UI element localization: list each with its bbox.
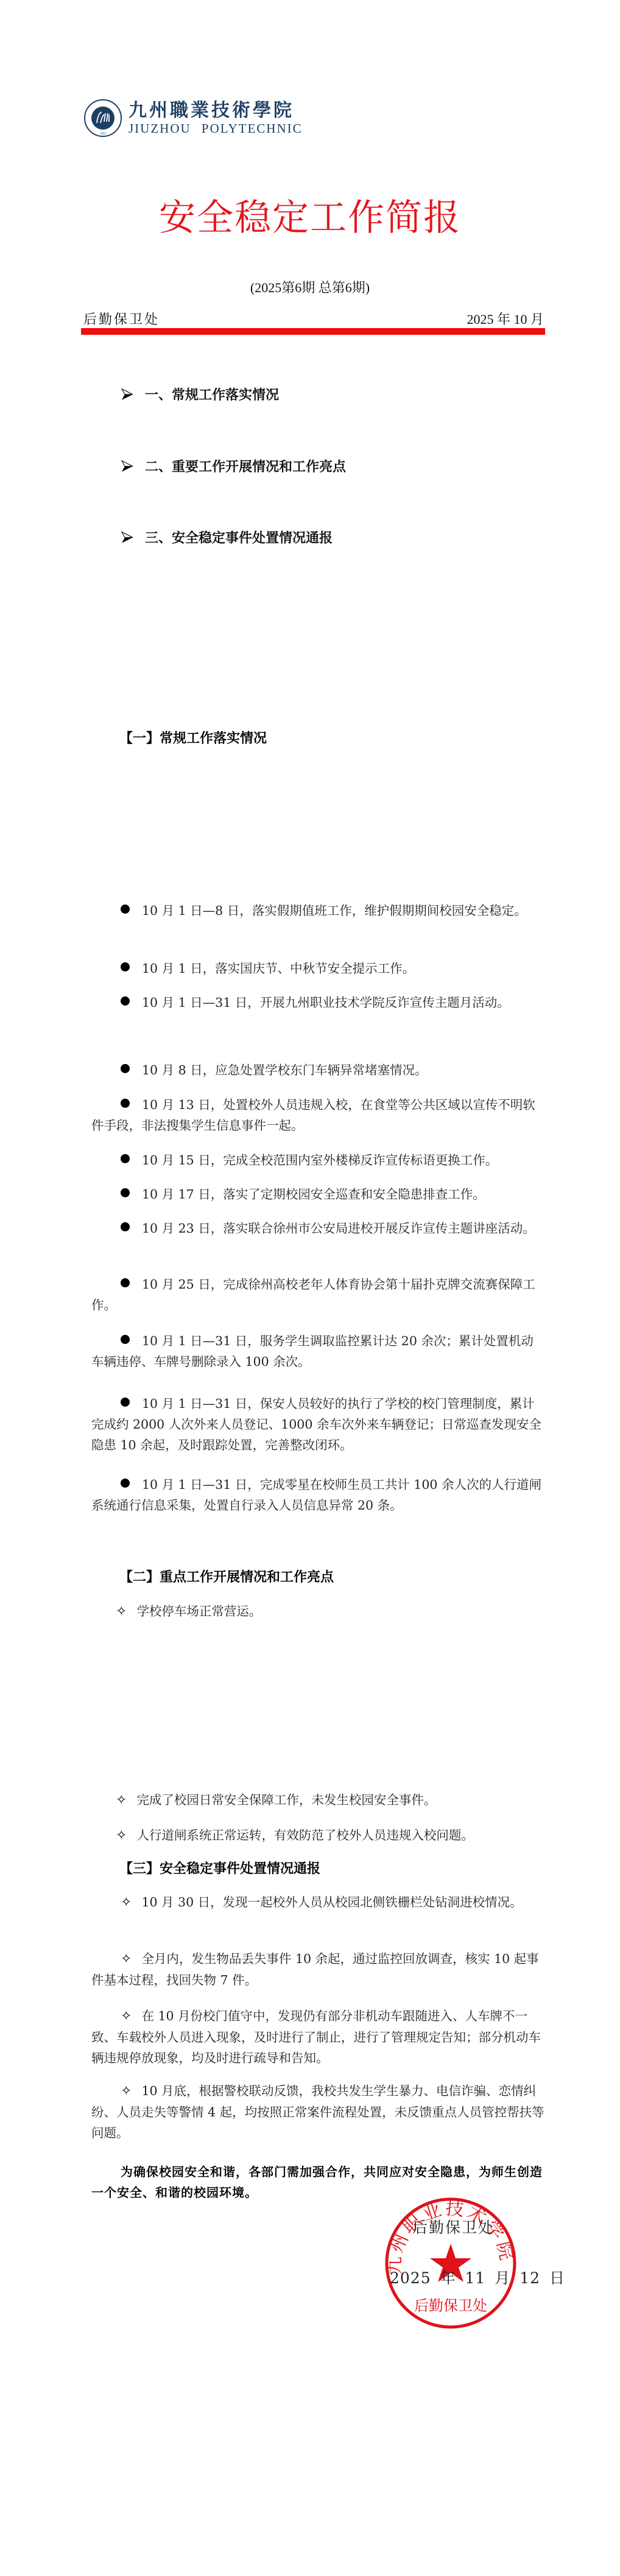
list-item: ✧全月内，发生物品丢失事件 10 余起，通过监控回放调查，核实 10 起事件基本… [91, 1948, 546, 1990]
list-item: 10 月 1 日—31 日，完成零星在校师生员工共计 100 余人次的人行道闸系… [91, 1474, 546, 1516]
bullet-dot-icon [121, 905, 130, 914]
list-item: 10 月 13 日，处置校外人员违规入校，在食堂等公共区域以宣传不明软件手段，非… [91, 1094, 546, 1136]
list-item: ✧在 10 月份校门值守中，发现仍有部分非机动车跟随进入、人车牌不一致、车载校外… [91, 2006, 546, 2068]
bullet-dot-icon [121, 1479, 130, 1488]
four-point-star-icon: ✧ [116, 1790, 127, 1811]
toc-label: 一、常规工作落实情况 [145, 385, 279, 404]
signature-department: 后勤保卫处 [412, 2216, 495, 2238]
bullet-dot-icon [121, 1222, 130, 1231]
arrowhead-bullet-icon [121, 388, 134, 401]
list-item: 10 月 1 日，落实国庆节、中秋节安全提示工作。 [91, 958, 546, 979]
list-item: ✧人行道闸系统正常运转，有效防范了校外人员违规入校问题。 [116, 1825, 546, 1846]
bullet-dot-icon [121, 996, 130, 1006]
school-seal-icon: 1993 [83, 99, 122, 138]
report-title: 安全稳定工作简报 [0, 194, 620, 242]
bullet-dot-icon [121, 962, 130, 971]
bullet-dot-icon [121, 1064, 130, 1073]
section-2-heading: 【二】重点工作开展情况和工作亮点 [119, 1567, 334, 1586]
bullet-dot-icon [121, 1278, 130, 1287]
toc-item-3: 三、安全稳定事件处置情况通报 [121, 528, 333, 547]
four-point-star-icon: ✧ [121, 1892, 132, 1913]
four-point-star-icon: ✧ [121, 2006, 132, 2027]
list-item: 10 月 1 日—31 日，保安人员较好的执行了学校的校门管理制度，累计完成约 … [91, 1393, 546, 1455]
four-point-star-icon: ✧ [116, 1601, 127, 1622]
svg-text:后勤保卫处: 后勤保卫处 [414, 2297, 487, 2314]
four-point-star-icon: ✧ [121, 2081, 132, 2102]
signature-date: 2025 年 11 月 12 日 [390, 2266, 565, 2288]
bullet-dot-icon [121, 1099, 130, 1108]
bullet-dot-icon [121, 1335, 130, 1344]
list-item: 10 月 17 日，落实了定期校园安全巡查和安全隐患排查工作。 [91, 1184, 546, 1205]
bullet-dot-icon [121, 1154, 130, 1163]
list-item: ✧10 月底，根据警校联动反馈，我校共发生学生暴力、电信诈骗、恋情纠纷、人员走失… [91, 2081, 546, 2143]
section-1-heading: 【一】常规工作落实情况 [119, 728, 267, 747]
bullet-dot-icon [121, 1398, 130, 1407]
toc-label: 三、安全稳定事件处置情况通报 [145, 528, 333, 547]
list-item: 10 月 15 日，完成全校范围内室外楼梯反诈宣传标语更换工作。 [91, 1150, 546, 1171]
bullet-dot-icon [121, 1188, 130, 1197]
svg-text:1993: 1993 [100, 133, 107, 136]
school-name-cn: 九州職業技術學院 [129, 100, 303, 121]
school-logo: 1993 九州職業技術學院 JIUZHOU POLYTECHNIC [83, 99, 303, 138]
issuing-department: 后勤保卫处 [83, 309, 160, 328]
arrowhead-bullet-icon [121, 460, 134, 472]
school-name-en: JIUZHOU POLYTECHNIC [129, 121, 303, 136]
list-item: 10 月 1 日—31 日，服务学生调取监控累计达 20 余次；累计处置机动车辆… [91, 1331, 546, 1372]
list-item: ✧10 月 30 日，发现一起校外人员从校园北侧铁栅栏处钻洞进校情况。 [91, 1892, 546, 1913]
list-item: ✧完成了校园日常安全保障工作，未发生校园安全事件。 [116, 1790, 546, 1811]
toc-item-1: 一、常规工作落实情况 [121, 385, 279, 404]
arrowhead-bullet-icon [121, 531, 134, 544]
toc-label: 二、重要工作开展情况和工作亮点 [145, 457, 346, 475]
list-item: 10 月 8 日，应急处置学校东门车辆异常堵塞情况。 [91, 1060, 546, 1080]
list-item: 10 月 1 日—8 日，落实假期值班工作，维护假期期间校园安全稳定。 [91, 900, 546, 921]
issue-date: 2025 年 10 月 [451, 309, 544, 328]
issue-number: (2025第6期 总第6期) [0, 278, 620, 296]
red-header-rule [81, 328, 545, 335]
four-point-star-icon: ✧ [116, 1825, 127, 1846]
list-item: 10 月 1 日—31 日，开展九州职业技术学院反诈宣传主题月活动。 [91, 992, 546, 1013]
list-item: 10 月 25 日，完成徐州高校老年人体育协会第十届扑克牌交流赛保障工作。 [91, 1274, 546, 1315]
toc-item-2: 二、重要工作开展情况和工作亮点 [121, 457, 346, 475]
four-point-star-icon: ✧ [121, 1949, 132, 1970]
list-item: ✧学校停车场正常营运。 [116, 1601, 546, 1622]
section-3-heading: 【三】安全稳定事件处置情况通报 [119, 1858, 320, 1877]
list-item: 10 月 23 日，落实联合徐州市公安局进校开展反诈宣传主题讲座活动。 [91, 1218, 546, 1239]
